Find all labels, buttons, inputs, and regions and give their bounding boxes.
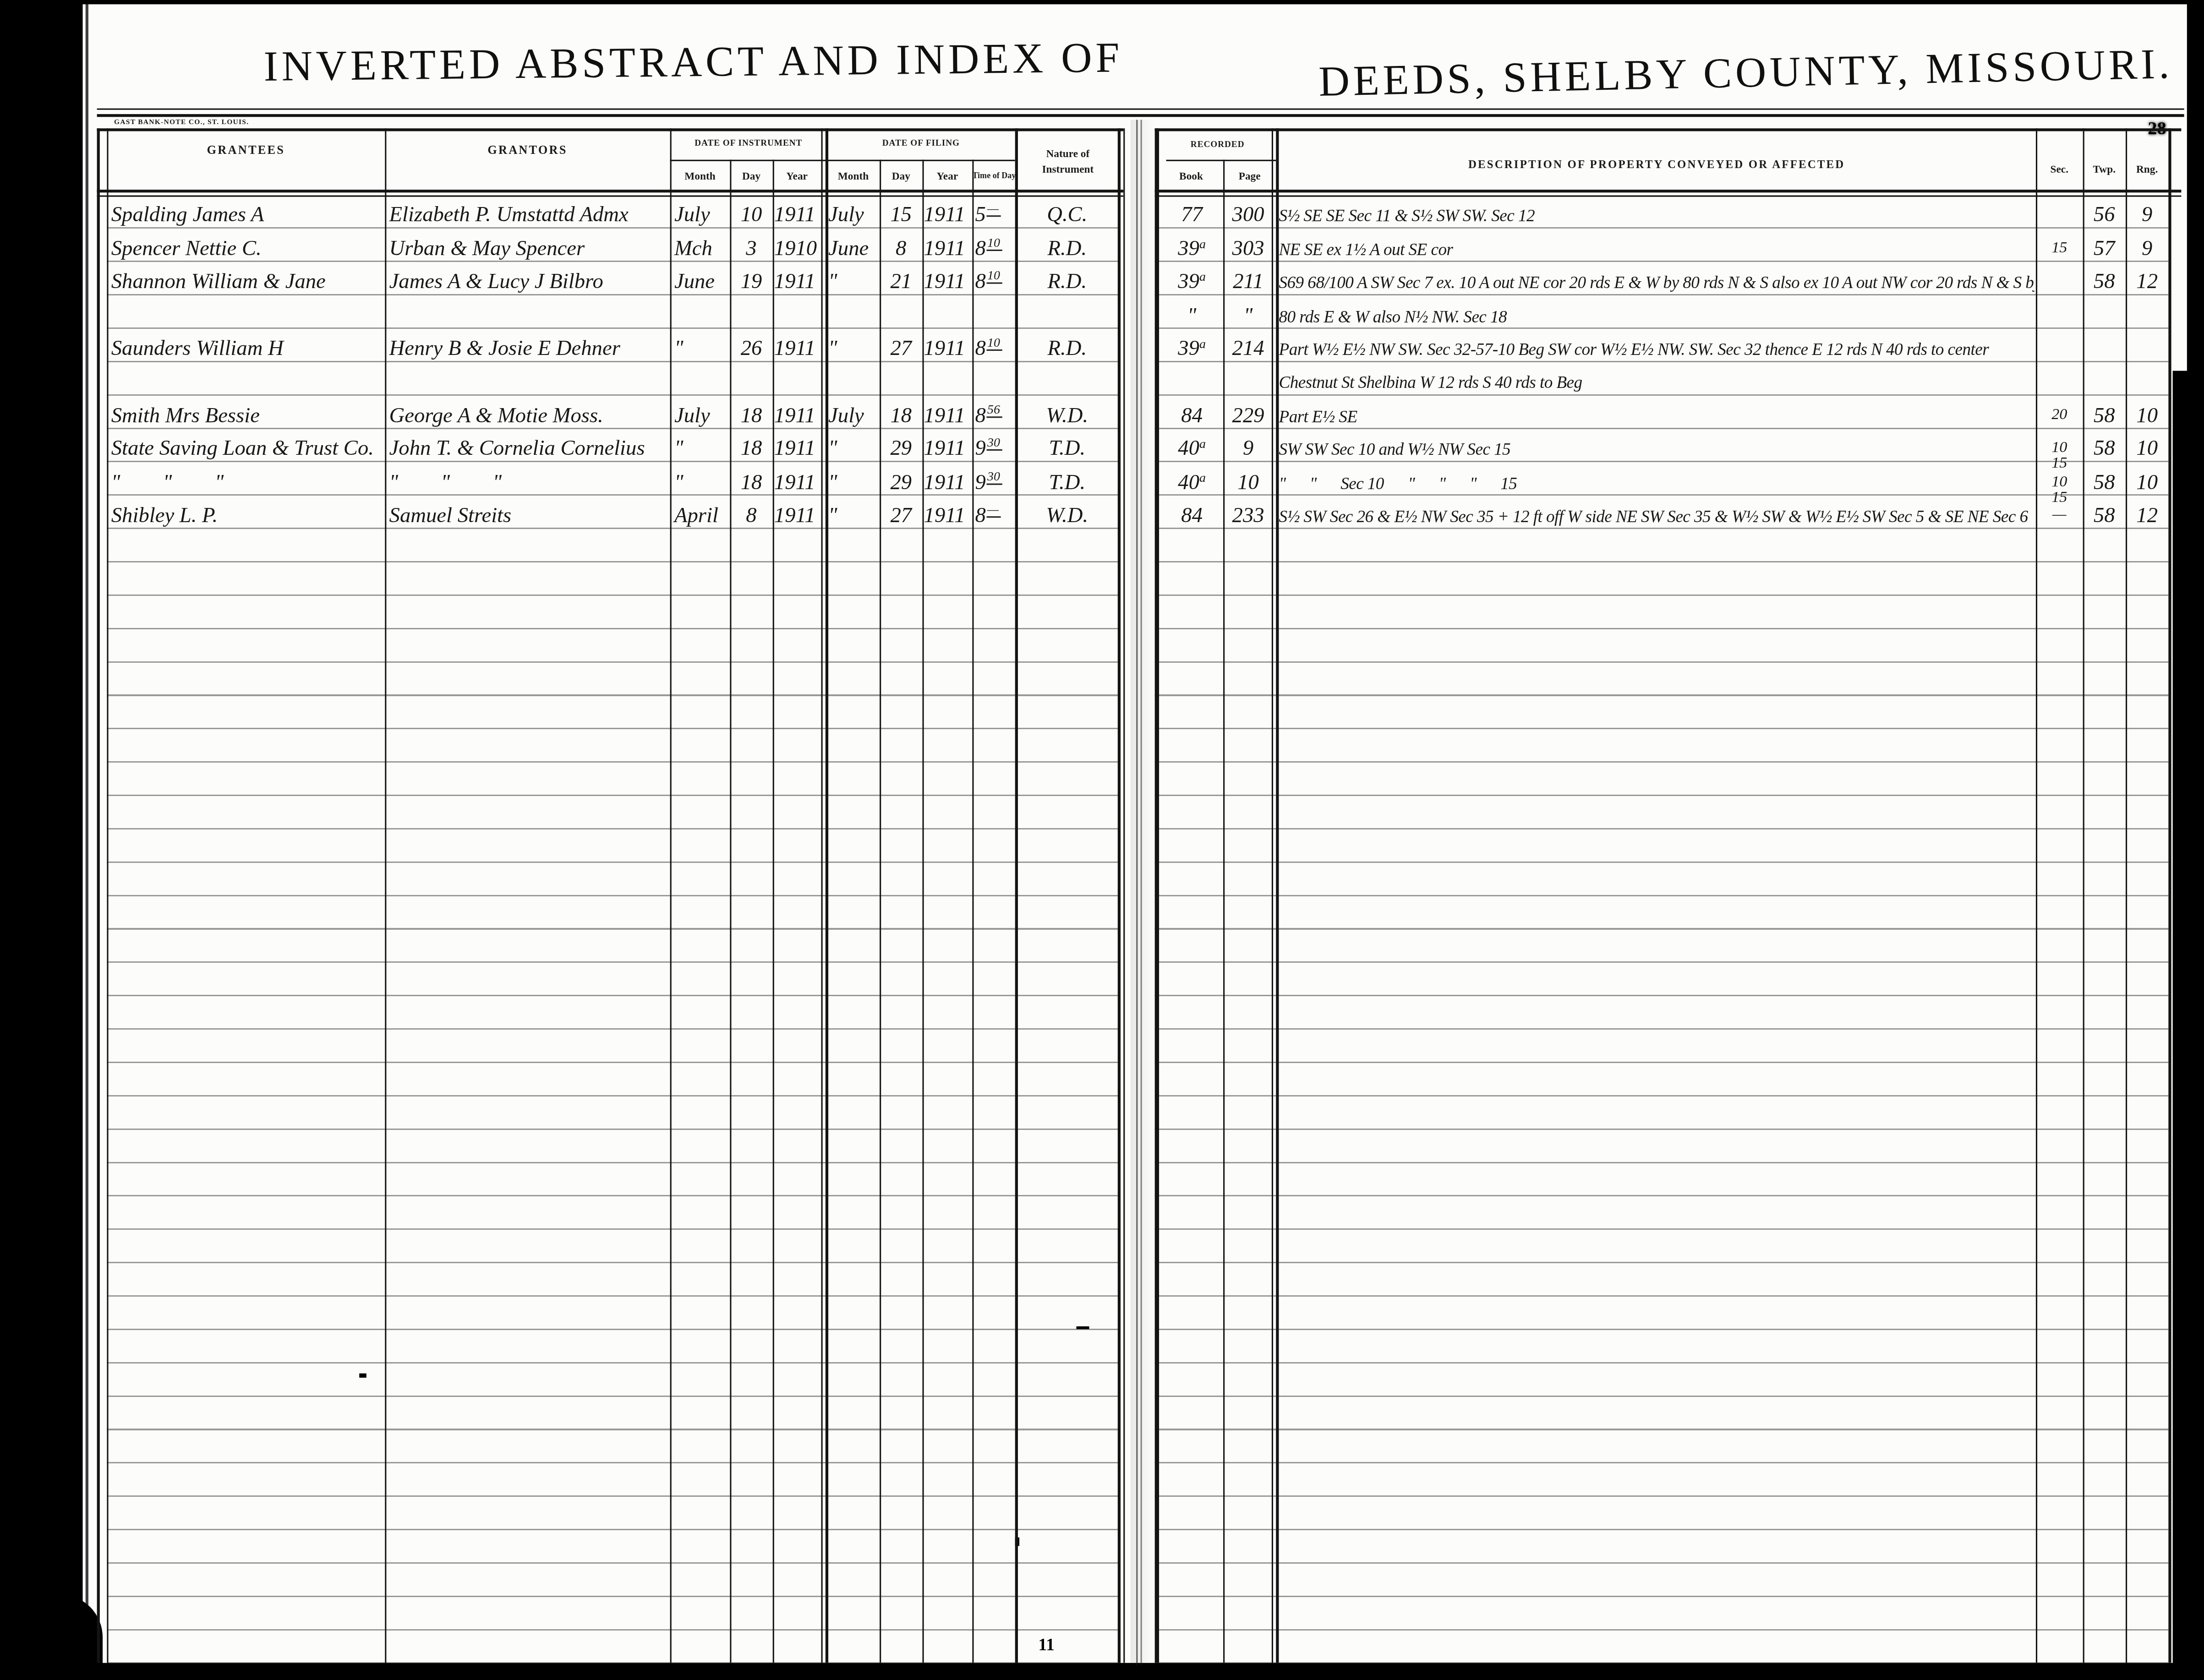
cell-inst-month: June (674, 268, 728, 296)
column-rule (922, 160, 924, 1663)
cell-inst-day: 18 (731, 402, 771, 431)
cell-sec: 15 (2037, 235, 2081, 257)
cell-page: 229 (1223, 402, 1273, 431)
col-header-date-of-filing: DATE OF FILING (827, 138, 1015, 148)
cell-sec: — (2037, 502, 2081, 524)
cell-inst-year: 1911 (774, 201, 821, 229)
cell-description: 80 rds E & W also N½ NW. Sec 18 (1279, 302, 2034, 331)
column-rule (730, 160, 731, 1663)
cell-twp: 58 (2084, 435, 2124, 464)
cell-filing-time: 930 (975, 435, 1014, 464)
page-title-left: INVERTED ABSTRACT AND INDEX OF (263, 36, 948, 92)
cell-inst-month: July (674, 201, 728, 229)
cell-inst-day: 19 (731, 268, 771, 296)
cell-grantor: Elizabeth P. Umstattd Admx (389, 201, 669, 229)
cell-nature: R.D. (1018, 335, 1116, 364)
column-rule (826, 128, 828, 1663)
cell-filing-time: 856 (975, 402, 1014, 431)
cell-nature: T.D. (1018, 469, 1116, 497)
scan-edge (0, 1594, 103, 1680)
cell-grantee: State Saving Loan & Trust Co. (111, 435, 385, 464)
cell-inst-year: 1911 (774, 335, 821, 364)
cell-twp: 58 (2084, 402, 2124, 431)
col-header-recorded: RECORDED (1159, 140, 1276, 150)
col-header-grantors: GRANTORS (385, 142, 670, 157)
cell-page: 10 (1223, 469, 1273, 497)
cell-description: SW SW Sec 10 and W½ NW Sec 15 (1279, 435, 2034, 464)
cell-nature: W.D. (1018, 502, 1116, 530)
cell-inst-year: 1911 (774, 402, 821, 431)
cell-filing-year: 1911 (924, 469, 971, 497)
scan-edge (86, 0, 88, 1680)
cell-grantor: Henry B & Josie E Dehner (389, 335, 669, 364)
table-rule (1166, 160, 1276, 161)
cell-filing-month: " (828, 435, 880, 464)
col-header-book: Book (1159, 170, 1223, 183)
column-rule (2036, 128, 2037, 1663)
cell-filing-year: 1911 (924, 268, 971, 296)
cell-filing-time: 5— (975, 201, 1014, 229)
ink-speck (2190, 488, 2199, 493)
cell-sec: 10 15 (2037, 435, 2081, 472)
col-header-filing-year: Year (922, 170, 972, 183)
title-rule (97, 114, 2184, 117)
cell-grantee: Shibley L. P. (111, 502, 385, 530)
column-rule (107, 128, 108, 1663)
page-gutter-line (1136, 120, 1138, 1666)
cell-description: Chestnut St Shelbina W 12 rds S 40 rds t… (1279, 368, 2034, 396)
column-rule (773, 160, 774, 1663)
cell-page: 300 (1223, 201, 1273, 229)
scan-edge (0, 1663, 2204, 1680)
table-rule (670, 160, 1015, 161)
cell-twp: 58 (2084, 502, 2124, 530)
col-header-page: Page (1223, 170, 1276, 183)
cell-page: " (1223, 302, 1273, 331)
cell-filing-year: 1911 (924, 435, 971, 464)
col-header-nature-line1: Nature of (1018, 147, 1118, 160)
cell-filing-year: 1911 (924, 235, 971, 264)
column-rule (1276, 128, 1278, 1663)
cell-inst-day: 3 (731, 235, 771, 264)
column-rule (2083, 128, 2084, 1663)
cell-grantee: Spencer Nettie C. (111, 235, 385, 264)
cell-filing-time: 8— (975, 502, 1014, 530)
cell-inst-day: 26 (731, 335, 771, 364)
table-rule (1155, 190, 2182, 192)
column-rule (1223, 160, 1225, 1663)
cell-book: 40a (1163, 435, 1220, 464)
cell-filing-month: July (828, 402, 880, 431)
cell-twp: 57 (2084, 235, 2124, 264)
cell-filing-day: 27 (881, 335, 921, 364)
cell-inst-year: 1911 (774, 502, 821, 530)
cell-page: 233 (1223, 502, 1273, 530)
cell-grantor: Urban & May Spencer (389, 235, 669, 264)
cell-filing-month: July (828, 201, 880, 229)
cell-sec: 20 (2037, 402, 2081, 424)
cell-filing-year: 1911 (924, 335, 971, 364)
cell-rng: 10 (2127, 402, 2167, 431)
column-rule (1123, 128, 1125, 1663)
cell-filing-month: " (828, 502, 880, 530)
cell-nature: T.D. (1018, 435, 1116, 464)
cell-filing-month: " (828, 335, 880, 364)
cell-inst-month: " (674, 335, 728, 364)
page-gutter (1131, 120, 1155, 1666)
cell-inst-month: April (674, 502, 728, 530)
cell-page: 211 (1223, 268, 1273, 296)
cell-filing-day: 18 (881, 402, 921, 431)
col-header-filing-day: Day (880, 170, 922, 183)
col-header-filing-month: Month (827, 170, 880, 183)
cell-grantor: John T. & Cornelia Cornelius (389, 435, 669, 464)
cell-rng: 12 (2127, 268, 2167, 296)
cell-grantee: Shannon William & Jane (111, 268, 385, 296)
cell-inst-year: 1911 (774, 435, 821, 464)
column-rule (2126, 128, 2127, 1663)
col-header-time-of-day: Time of Day (972, 173, 1015, 181)
cell-description: S69 68/100 A SW Sec 7 ex. 10 A out NE co… (1279, 268, 2034, 296)
col-header-rng: Rng. (2126, 163, 2168, 175)
column-rule (97, 128, 100, 1663)
cell-inst-year: 1910 (774, 235, 821, 264)
cell-filing-day: 21 (881, 268, 921, 296)
cell-inst-day: 8 (731, 502, 771, 530)
column-rule (670, 128, 672, 1663)
cell-inst-month: July (674, 402, 728, 431)
col-header-twp: Twp. (2083, 163, 2126, 175)
col-header-inst-month: Month (670, 170, 730, 183)
cell-description: S½ SW Sec 26 & E½ NW Sec 35 + 12 ft off … (1279, 502, 2034, 530)
column-rule (821, 128, 823, 1663)
cell-inst-day: 10 (731, 201, 771, 229)
table-rule (1155, 128, 2182, 131)
cell-filing-day: 27 (881, 502, 921, 530)
cell-nature: W.D. (1018, 402, 1116, 431)
cell-page: 214 (1223, 335, 1273, 364)
cell-grantee: Saunders William H (111, 335, 385, 364)
cell-book: 77 (1163, 201, 1220, 229)
column-rule (1155, 128, 1159, 1663)
cell-inst-month: " (674, 435, 728, 464)
cell-twp: 58 (2084, 469, 2124, 497)
cell-book: 39a (1163, 268, 1220, 296)
cell-grantee: Smith Mrs Bessie (111, 402, 385, 431)
column-rule (2168, 128, 2171, 1663)
cell-book: 84 (1163, 402, 1220, 431)
ink-speck (63, 482, 71, 486)
cell-twp: 56 (2084, 201, 2124, 229)
page-title-right: DEEDS, SHELBY COUNTY, MISSOURI. (1318, 44, 2018, 107)
col-header-sec: Sec. (2036, 163, 2083, 175)
cell-rng: 12 (2127, 502, 2167, 530)
cell-description: S½ SE SE Sec 11 & S½ SW SW. Sec 12 (1279, 201, 2034, 229)
col-header-inst-year: Year (773, 170, 821, 183)
cell-rng: 9 (2127, 201, 2167, 229)
cell-description: Part E½ SE (1279, 402, 2034, 431)
cell-rng: 9 (2127, 235, 2167, 264)
scan-edge (0, 0, 82, 1680)
col-header-grantees: GRANTEES (107, 142, 385, 157)
cell-nature: R.D. (1018, 235, 1116, 264)
cell-inst-year: 1911 (774, 268, 821, 296)
cell-grantor: Samuel Streits (389, 502, 669, 530)
col-header-nature-line2: Instrument (1018, 163, 1118, 175)
cell-filing-time: 810 (975, 335, 1014, 364)
cell-description: Part W½ E½ NW SW. Sec 32-57-10 Beg SW co… (1279, 335, 2034, 364)
cell-book: 39a (1163, 235, 1220, 264)
cell-filing-month: " (828, 268, 880, 296)
cell-filing-day: 29 (881, 469, 921, 497)
col-header-description: DESCRIPTION OF PROPERTY CONVEYED OR AFFE… (1277, 158, 2036, 171)
column-rule (1118, 128, 1120, 1663)
cell-filing-year: 1911 (924, 402, 971, 431)
title-rule (97, 109, 2184, 110)
cell-description: " " Sec 10 " " " 15 (1279, 469, 2034, 497)
cell-inst-month: Mch (674, 235, 728, 264)
col-header-inst-day: Day (730, 170, 772, 183)
cell-filing-month: June (828, 235, 880, 264)
cell-book: 84 (1163, 502, 1220, 530)
cell-filing-time: 810 (975, 268, 1014, 296)
column-rule (880, 160, 881, 1663)
cell-description: NE SE ex 1½ A out SE cor (1279, 235, 2034, 264)
cell-filing-day: 15 (881, 201, 921, 229)
column-rule (385, 128, 386, 1663)
cell-book: 39a (1163, 335, 1220, 364)
cell-book: 40a (1163, 469, 1220, 497)
scanned-ledger-page: INVERTED ABSTRACT AND INDEX OF DEEDS, SH… (0, 0, 2204, 1680)
cell-book: " (1163, 302, 1220, 331)
cell-rng: 10 (2127, 435, 2167, 464)
cell-rng: 10 (2127, 469, 2167, 497)
cell-grantor: " " " (389, 469, 669, 497)
cell-filing-time: 810 (975, 235, 1014, 264)
column-rule (972, 160, 973, 1663)
cell-inst-day: 18 (731, 435, 771, 464)
cell-grantor: George A & Motie Moss. (389, 402, 669, 431)
scan-edge (2173, 371, 2204, 1680)
cell-filing-day: 29 (881, 435, 921, 464)
cell-filing-month: " (828, 469, 880, 497)
cell-inst-day: 18 (731, 469, 771, 497)
scan-edge (0, 0, 2204, 4)
table-rule (97, 128, 1124, 131)
cell-filing-time: 930 (975, 469, 1014, 497)
cell-inst-month: " (674, 469, 728, 497)
printer-imprint: GAST BANK-NOTE CO., ST. LOUIS. (114, 120, 328, 127)
table-rule (97, 190, 1124, 192)
cell-grantee: " " " (111, 469, 385, 497)
cell-grantee: Spalding James A (111, 201, 385, 229)
cell-sec: 10 15 (2037, 469, 2081, 506)
cell-twp: 58 (2084, 268, 2124, 296)
cell-inst-year: 1911 (774, 469, 821, 497)
cell-filing-year: 1911 (924, 201, 971, 229)
cell-filing-day: 8 (881, 235, 921, 264)
cell-filing-year: 1911 (924, 502, 971, 530)
cell-nature: Q.C. (1018, 201, 1116, 229)
cell-grantor: James A & Lucy J Bilbro (389, 268, 669, 296)
cell-page: 303 (1223, 235, 1273, 264)
cell-page: 9 (1223, 435, 1273, 464)
col-header-date-of-instrument: DATE OF INSTRUMENT (670, 138, 827, 148)
page-gutter-line (1141, 120, 1142, 1666)
cell-nature: R.D. (1018, 268, 1116, 296)
